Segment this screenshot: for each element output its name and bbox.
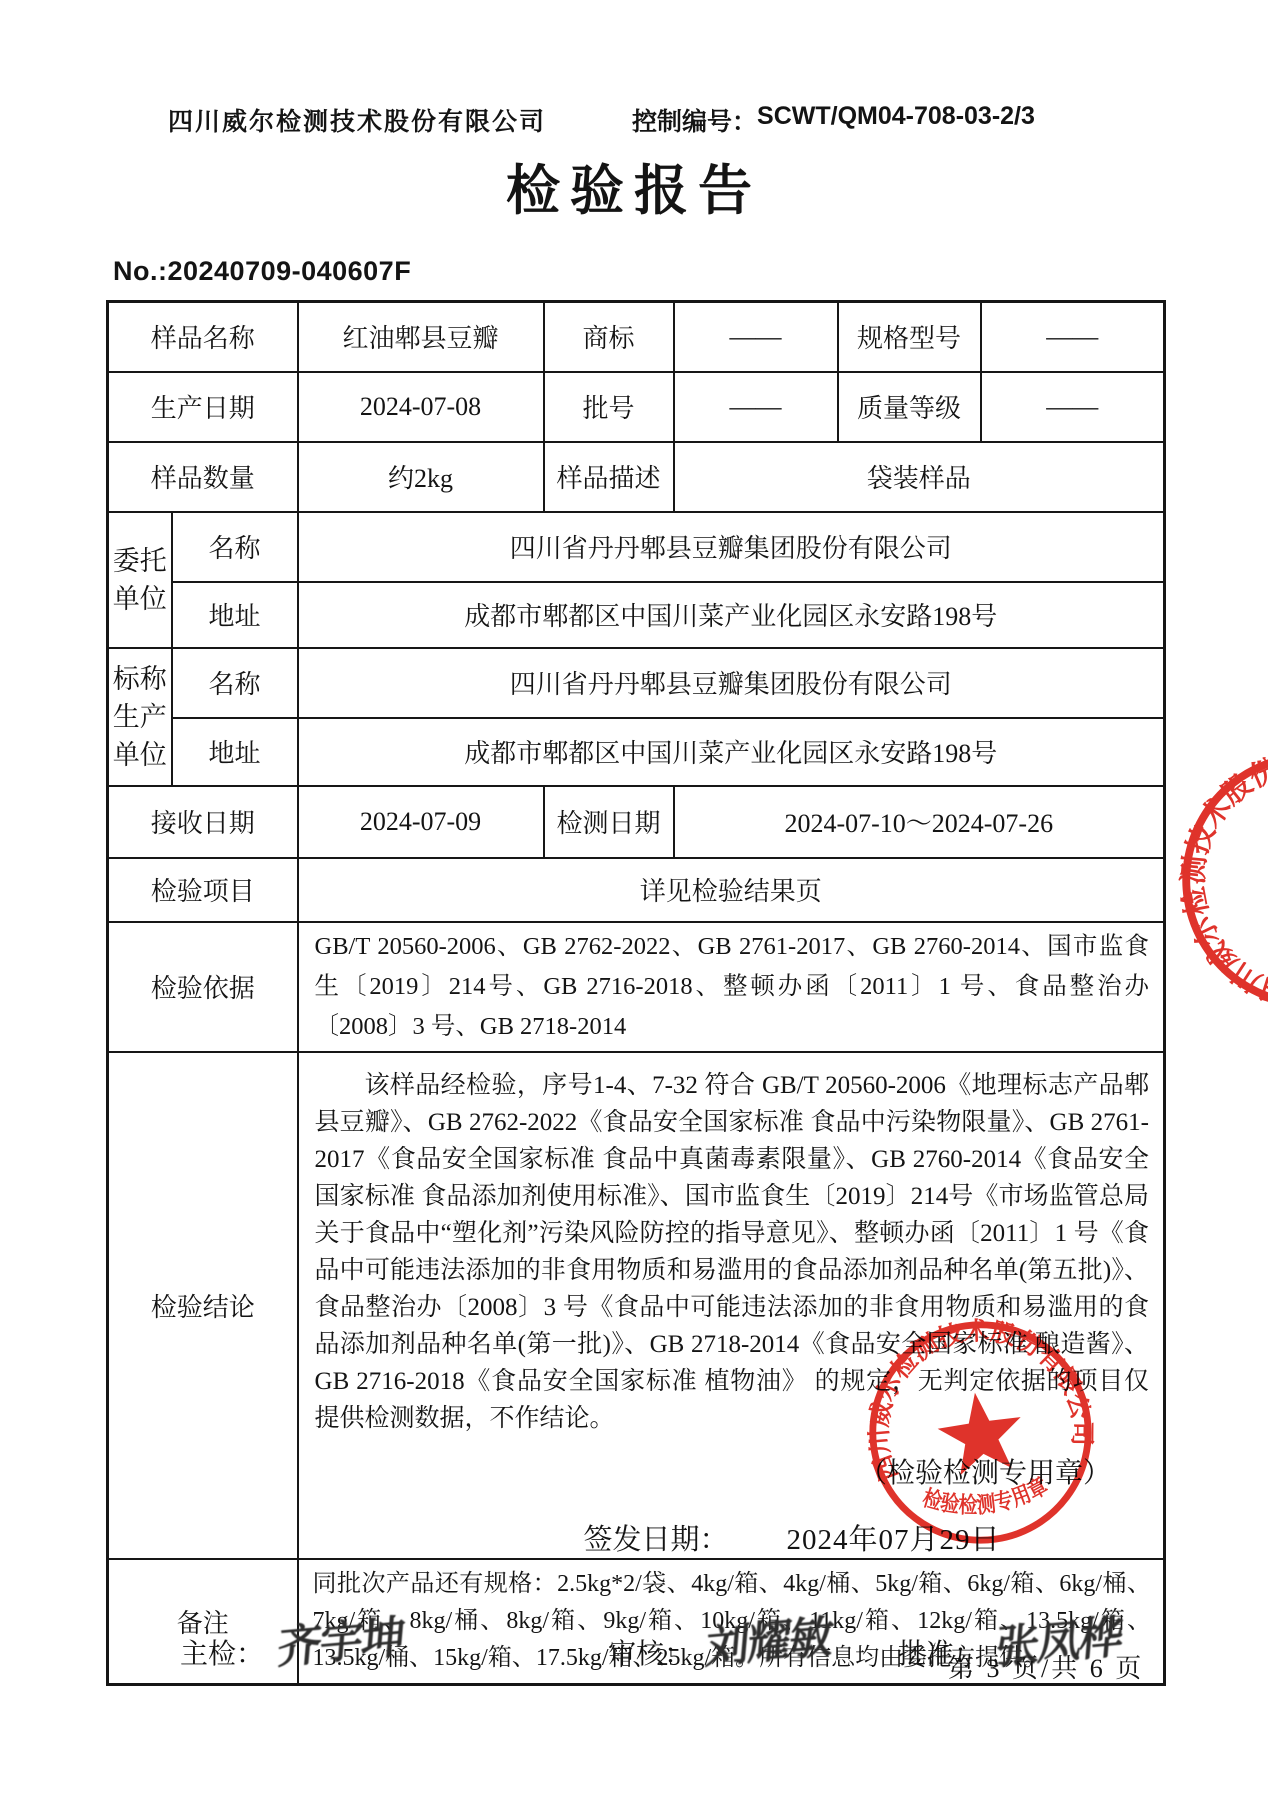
reviewer-signature: 刘耀敏: [703, 1600, 834, 1676]
table-row: 检验依据 GB/T 20560-2006、GB 2762-2022、GB 276…: [108, 922, 1165, 1052]
table-row: 检验项目 详见检验结果页: [108, 858, 1165, 922]
control-number-group: 控制编号： SCWT/QM04-708-03-2/3: [632, 102, 1035, 138]
sign-date-line: 签发日期： 2024年07月29日: [299, 1517, 1164, 1558]
test-date-value: 2024-07-10～2024-07-26: [674, 786, 1165, 858]
table-row: 生产日期 2024-07-08 批号 —— 质量等级 ——: [108, 372, 1165, 442]
reviewer-block: 审核：刘耀敏: [608, 1612, 832, 1676]
sample-name-value: 红油郫县豆瓣: [298, 302, 544, 372]
table-row: 委托单位 名称 四川省丹丹郫县豆瓣集团股份有限公司: [108, 512, 1165, 582]
receive-date-value: 2024-07-09: [298, 786, 544, 858]
table-row: 样品数量 约2kg 样品描述 袋装样品: [108, 442, 1165, 512]
producer-address-value: 成都市郫都区中国川菜产业化园区永安路198号: [298, 718, 1165, 786]
report-page: 四川威尔检测技术股份有限公司 控制编号： SCWT/QM04-708-03-2/…: [0, 0, 1268, 1794]
sample-desc-label: 样品描述: [544, 442, 674, 512]
test-basis-label: 检验依据: [108, 922, 298, 1052]
producer-name-label: 名称: [172, 648, 298, 718]
seal-note: （检验检测专用章）: [299, 1451, 1164, 1491]
seal-star-icon: [1246, 815, 1268, 944]
test-items-value: 详见检验结果页: [298, 858, 1165, 922]
quality-grade-value: ——: [981, 372, 1165, 442]
batch-no-label: 批号: [544, 372, 674, 442]
trademark-label: 商标: [544, 302, 674, 372]
inspector-block: 主检：齐宇坤: [180, 1612, 404, 1676]
test-items-label: 检验项目: [108, 858, 298, 922]
producer-name-value: 四川省丹丹郫县豆瓣集团股份有限公司: [298, 648, 1165, 718]
client-group-label: 委托单位: [108, 512, 172, 648]
report-title: 检验报告: [0, 148, 1268, 225]
spec-model-label: 规格型号: [838, 302, 981, 372]
table-row: 检验结论 该样品经检验，序号1-4、7-32 符合 GB/T 20560-200…: [108, 1052, 1165, 1559]
table-row: 地址 成都市郫都区中国川菜产业化园区永安路198号: [108, 718, 1165, 786]
lab-company-name: 四川威尔检测技术股份有限公司: [168, 102, 546, 138]
table-row: 标称生产单位 名称 四川省丹丹郫县豆瓣集团股份有限公司: [108, 648, 1165, 718]
inspector-label: 主检：: [180, 1639, 264, 1670]
sample-quantity-label: 样品数量: [108, 442, 298, 512]
report-number: No.:20240709-040607F: [113, 256, 411, 287]
table-row: 地址 成都市郫都区中国川菜产业化园区永安路198号: [108, 582, 1165, 648]
producer-address-label: 地址: [172, 718, 298, 786]
report-table: 样品名称 红油郫县豆瓣 商标 —— 规格型号 —— 生产日期 2024-07-0…: [106, 300, 1166, 1686]
control-number-label: 控制编号：: [632, 102, 757, 138]
sign-date-value: 2024年07月29日: [787, 1517, 1001, 1558]
control-number-value: SCWT/QM04-708-03-2/3: [757, 102, 1035, 138]
client-name-label: 名称: [172, 512, 298, 582]
client-name-value: 四川省丹丹郫县豆瓣集团股份有限公司: [298, 512, 1165, 582]
receive-date-label: 接收日期: [108, 786, 298, 858]
trademark-value: ——: [674, 302, 838, 372]
producer-group-label: 标称生产单位: [108, 648, 172, 786]
client-address-label: 地址: [172, 582, 298, 648]
reviewer-label: 审核：: [608, 1639, 692, 1670]
quality-grade-label: 质量等级: [838, 372, 981, 442]
page-header: 四川威尔检测技术股份有限公司 控制编号： SCWT/QM04-708-03-2/…: [168, 102, 1178, 138]
client-address-value: 成都市郫都区中国川菜产业化园区永安路198号: [298, 582, 1165, 648]
inspector-signature: 齐宇坤: [275, 1600, 406, 1676]
conclusion-text: 该样品经检验，序号1-4、7-32 符合 GB/T 20560-2006《地理标…: [299, 1053, 1164, 1437]
production-date-label: 生产日期: [108, 372, 298, 442]
conclusion-label: 检验结论: [108, 1052, 298, 1559]
sample-desc-value: 袋装样品: [674, 442, 1165, 512]
production-date-value: 2024-07-08: [298, 372, 544, 442]
test-date-label: 检测日期: [544, 786, 674, 858]
spec-model-value: ——: [981, 302, 1165, 372]
conclusion-cell: 该样品经检验，序号1-4、7-32 符合 GB/T 20560-2006《地理标…: [298, 1052, 1165, 1559]
sample-quantity-value: 约2kg: [298, 442, 544, 512]
test-basis-value: GB/T 20560-2006、GB 2762-2022、GB 2761-201…: [298, 922, 1165, 1052]
page-number: 第 3 页/共 6 页: [948, 1648, 1144, 1685]
table-row: 样品名称 红油郫县豆瓣 商标 —— 规格型号 ——: [108, 302, 1165, 372]
sample-name-label: 样品名称: [108, 302, 298, 372]
table-row: 接收日期 2024-07-09 检测日期 2024-07-10～2024-07-…: [108, 786, 1165, 858]
sign-date-label: 签发日期：: [584, 1517, 729, 1558]
batch-no-value: ——: [674, 372, 838, 442]
